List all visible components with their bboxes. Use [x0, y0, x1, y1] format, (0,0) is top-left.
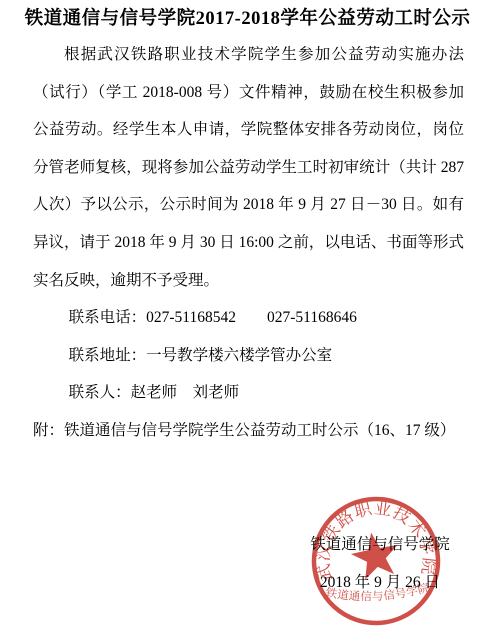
notice-document: 铁道通信与信号学院2017-2018学年公益劳动工时公示 根据武汉铁路职业技术学…: [0, 0, 495, 638]
body-paragraph: 根据武汉铁路职业技术学院学生参加公益劳动实施办法（试行）（学工 2018-008…: [33, 36, 464, 299]
contact-person-line: 联系人：赵老师 刘老师: [33, 374, 464, 412]
document-title: 铁道通信与信号学院2017-2018学年公益劳动工时公示: [0, 0, 495, 32]
official-seal: 武汉铁路职业技术学院 铁道通信与信号学院: [302, 487, 449, 634]
attachment-line: 附：铁道通信与信号学院学生公益劳动工时公示（16、17 级）: [33, 412, 464, 450]
seal-star-icon: [348, 528, 403, 581]
contact-phone-line: 联系电话：027-51168542 027-51168646: [33, 299, 464, 337]
seal-banner-text: 铁道通信与信号学院: [324, 580, 432, 606]
contact-address-line: 联系地址：一号教学楼六楼学管办公室: [33, 337, 464, 375]
seal-banner-text-container: 铁道通信与信号学院: [324, 580, 432, 606]
